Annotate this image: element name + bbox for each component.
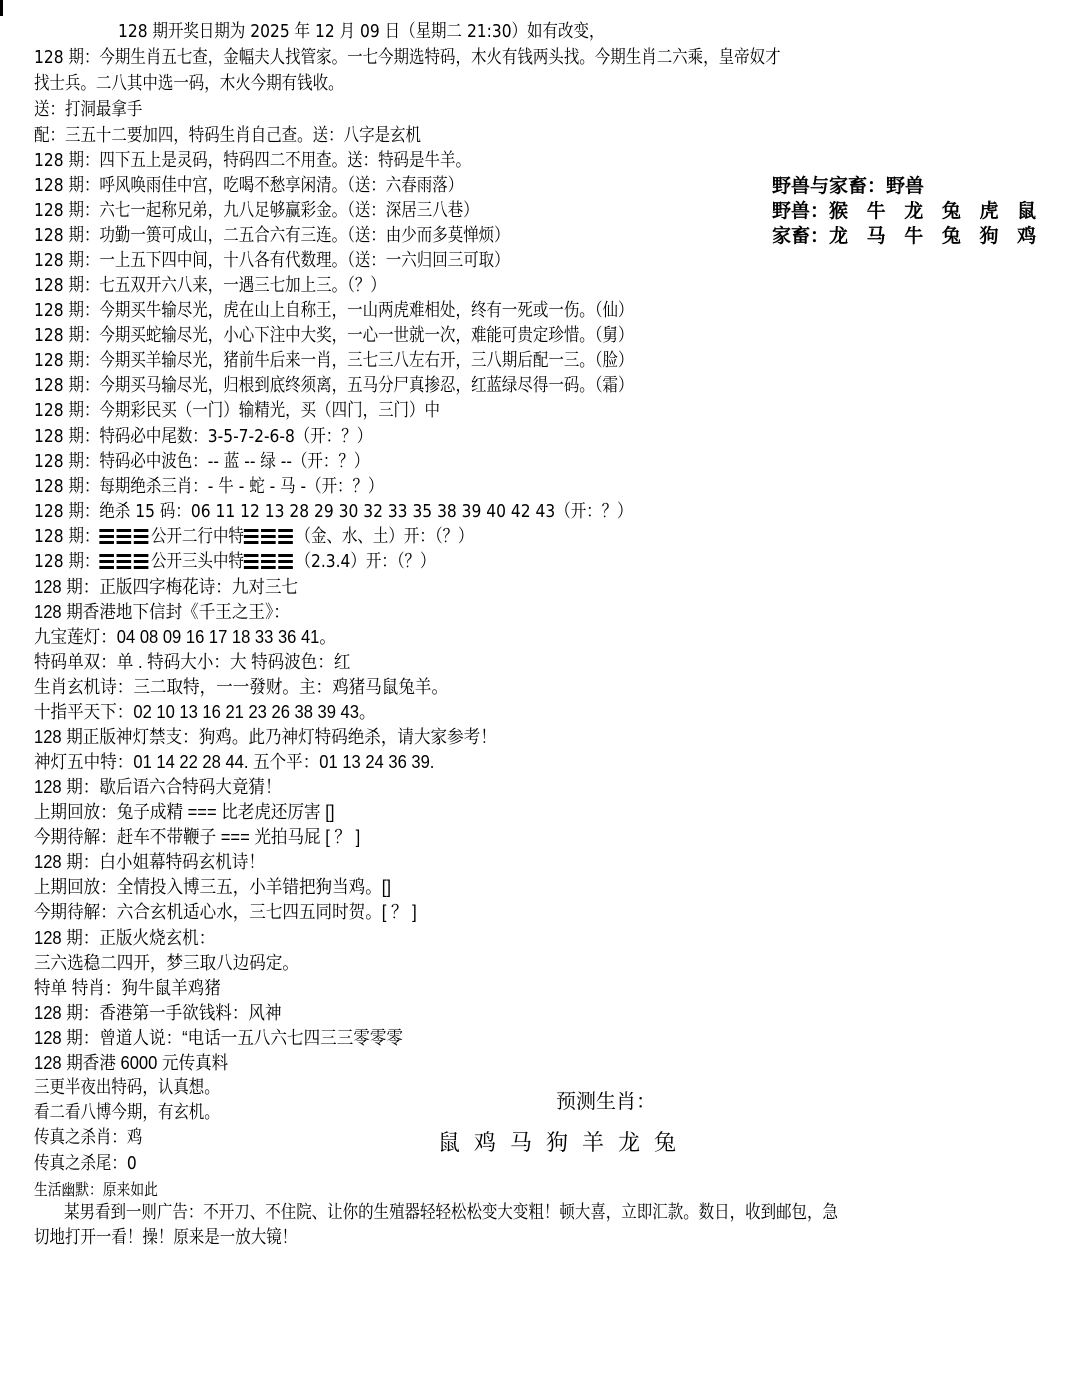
section-line: 生肖玄机诗：三二取特，一一發财。主：鸡猪马鼠兔羊。: [34, 675, 448, 699]
sidebar-domestic-animals: 龙 马 牛 兔 狗 鸡: [829, 225, 1042, 247]
sidebar-wild-label: 野兽：: [772, 200, 829, 222]
hidden-blocks-icon: [99, 525, 151, 549]
sidebar-wild-vs-domestic: 野兽与家畜：野兽: [772, 174, 924, 198]
hidden-blocks-icon: [99, 550, 151, 574]
section-line: 特单 特肖：狗牛鼠羊鸡猪: [34, 976, 221, 1000]
verse-line: 128 期：功勤一篑可成山，二五合六有三连。（送：由少而多莫惮烦）: [34, 224, 510, 248]
humor-title: 生活幽默：原来如此: [34, 1178, 158, 1202]
section-line: 128 期正版神灯禁支：狗鸡。此乃神灯特码绝杀，请大家参考！: [34, 725, 497, 749]
sidebar-wild: 野兽：猴 牛 龙 兔 虎 鼠: [772, 199, 1042, 223]
intro-line: 找士兵。二八其中选一码，木火今期有钱收。: [34, 72, 344, 96]
corner-marker: [0, 0, 3, 16]
page-title: 128 期开奖日期为 2025 年 12 月 09 日（星期二 21:30）如有…: [118, 20, 604, 44]
prediction-animals: 鼠鸡马狗羊龙兔: [438, 1126, 690, 1157]
blocks-row: 128 期：公开三头中特（2.3.4）开：（？）: [34, 550, 436, 574]
section-line: 神灯五中特：01 14 22 28 44. 五个平：01 13 24 36 39…: [34, 750, 434, 774]
section-line: 128 期：正版火烧玄机：: [34, 926, 215, 950]
section-line: 今期待解：赶车不带鞭子 === 光拍马屁 [ ？ ]: [34, 825, 360, 849]
verse-line: 128 期：今期买羊输尽光，猪前牛后来一肖，三七三八左右开，三八期后配一三。（脸…: [34, 349, 633, 373]
section-line: 128 期香港 6000 元传真料: [34, 1051, 228, 1075]
humor-body: 某男看到一则广告：不开刀、不住院、让你的生殖器轻轻松松变大变粗！顿大喜，立即汇款…: [64, 1201, 838, 1225]
verse-line: 128 期：今期买蛇输尽光，小心下注中大奖，一心一世就一次，难能可贵定珍惜。（舅…: [34, 324, 633, 348]
intro-send: 送：打洞最拿手: [34, 98, 142, 122]
blocks-row-prefix: 128 期：: [34, 526, 99, 547]
section-line: 上期回放：兔子成精 === 比老虎还厉害 []: [34, 800, 334, 824]
section-line: 128 期：香港第一手欲钱料：风神: [34, 1001, 282, 1025]
sidebar-domestic-label: 家畜：: [772, 225, 829, 247]
section-line: 128 期：曾道人说：“电话一五八六七四三三零零零: [34, 1026, 403, 1050]
humor-body-cont: 切地打开一看！操！原来是一放大镜！: [34, 1226, 297, 1250]
blocks-row-middle: 公开二行中特: [151, 526, 244, 547]
verse-line: 128 期：一上五下四中间，十八各有代数理。（送：一六归回三可取）: [34, 249, 510, 273]
kill-numbers-line: 128 期：绝杀 15 码：06 11 12 13 28 29 30 32 33…: [34, 500, 633, 524]
section-line: 特码单双：单 . 特码大小：大 特码波色：红: [34, 650, 350, 674]
intro-line: 128 期：四下五上是灵码，特码四二不用查。送：特码是牛羊。: [34, 149, 471, 173]
sidebar-domestic: 家畜：龙 马 牛 兔 狗 鸡: [772, 224, 1042, 248]
sidebar-wild-animals: 猴 牛 龙 兔 虎 鼠: [829, 200, 1042, 222]
hidden-blocks-icon: [244, 525, 296, 549]
prediction-title: 预测生肖：: [556, 1085, 656, 1114]
section-line: 上期回放：全情投入博三五，小羊错把狗当鸡。[]: [34, 875, 391, 899]
blocks-row-middle: 公开三头中特: [151, 551, 244, 572]
fax-line: 看二看八博今期，有玄机。: [34, 1101, 220, 1125]
section-line: 128 期：歇后语六合特码大竟猜！: [34, 775, 282, 799]
section-line: 128 期：白小姐幕特码玄机诗！: [34, 850, 265, 874]
fax-kill-zodiac: 传真之杀肖：鸡: [34, 1126, 142, 1150]
verse-line: 128 期：今期买马输尽光，归根到底终须离，五马分尸真掺忍，红蓝绿尽得一码。（霜…: [34, 374, 633, 398]
verse-line: 128 期：今期彩民买（一门）输精光，买（四门，三门）中: [34, 399, 440, 423]
tail-number-line: 128 期：特码必中尾数：3-5-7-2-6-8（开：？）: [34, 425, 372, 449]
blocks-row-suffix: （2.3.4）开：（？）: [296, 551, 436, 572]
intro-match: 配：三五十二要加四，特码生肖自己查。送：八字是玄机: [34, 124, 421, 148]
blocks-row-suffix: （金、水、土）开：（？）: [296, 526, 474, 547]
section-line: 九宝莲灯：04 08 09 16 17 18 33 36 41。: [34, 625, 336, 649]
hidden-blocks-icon: [244, 550, 296, 574]
wave-color-line: 128 期：特码必中波色：-- 蓝 -- 绿 --（开：？）: [34, 450, 369, 474]
section-line: 128 期香港地下信封《千王之王》：: [34, 600, 290, 624]
section-line: 128 期：正版四字梅花诗：九对三七: [34, 575, 298, 599]
section-line: 十指平天下：02 10 13 16 21 23 26 38 39 43。: [34, 700, 376, 724]
verse-line: 128 期：呼风唤雨佳中宫，吃喝不愁享闲清。（送：六春雨落）: [34, 174, 463, 198]
section-line: 今期待解：六合玄机适心水，三七四五同时贺。[ ？ ]: [34, 900, 417, 924]
blocks-row: 128 期：公开二行中特（金、水、土）开：（？）: [34, 525, 474, 549]
kill-zodiac-line: 128 期：每期绝杀三肖：- 牛 - 蛇 - 马 -（开：？）: [34, 475, 383, 499]
verse-line: 128 期：七五双开六八来，一遇三七加上三。（？）: [34, 274, 386, 298]
intro-line: 128 期：今期生肖五七查，金幅夫人找管家。一七今期选特码，木火有钱两头找。今期…: [34, 46, 781, 70]
verse-line: 128 期：六七一起称兄弟，九八足够赢彩金。（送：深居三八巷）: [34, 199, 479, 223]
fax-line: 三更半夜出特码，认真想。: [34, 1076, 220, 1100]
fax-kill-tail: 传真之杀尾：0: [34, 1152, 137, 1176]
verse-line: 128 期：今期买牛输尽光，虎在山上自称王，一山两虎难相处，终有一死或一伤。（仙…: [34, 299, 633, 323]
section-line: 三六选稳二四开，梦三取八边码定。: [34, 951, 299, 975]
blocks-row-prefix: 128 期：: [34, 551, 99, 572]
